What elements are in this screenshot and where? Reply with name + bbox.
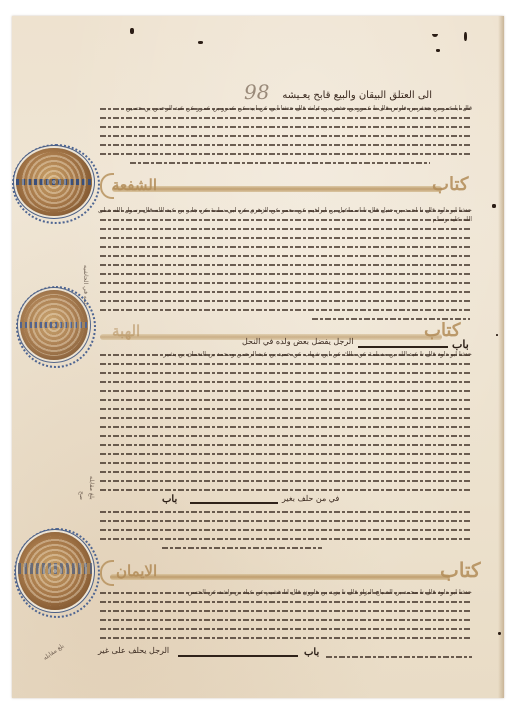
margin-note-2: صح [78, 440, 85, 500]
text-line [100, 628, 472, 630]
text-line [130, 162, 430, 164]
text-line [100, 309, 470, 311]
kitab-label-1: كتاب [432, 174, 468, 195]
margin-note-3: بلغ مقابله [88, 440, 95, 500]
ink-spot [130, 28, 134, 34]
gold-title-band-1 [112, 186, 442, 192]
text-line [100, 126, 470, 128]
text-line [100, 282, 470, 284]
margin-note-1: تتمه في الحاشيه [82, 222, 89, 306]
kitab-label-3: كتاب [440, 558, 480, 582]
gold-title-3: الايمان [116, 562, 157, 580]
ink-spot [498, 632, 501, 635]
mid-bab-label: باب [162, 494, 177, 505]
ink-spot [464, 32, 467, 41]
text-line [100, 511, 472, 513]
bab-rule [178, 655, 298, 657]
text-line [100, 363, 472, 365]
page-edge [498, 16, 504, 698]
gold-title-band-3 [110, 574, 450, 580]
text-line [100, 300, 470, 302]
bab-text-3: الرجل يحلف على غير [98, 646, 169, 655]
text-line [100, 381, 472, 383]
text-line [100, 237, 470, 239]
text-line [100, 529, 472, 531]
text-line [100, 610, 472, 612]
text-line [100, 291, 470, 293]
text-line [100, 354, 472, 356]
text-line [100, 489, 472, 491]
gold-title-2: الهبة [112, 322, 140, 340]
text-line [100, 108, 470, 110]
title-band-cap [100, 560, 114, 586]
text-line [100, 264, 470, 266]
header-line: الى العتلق البيقان والبيع قابح يعـيشه [172, 90, 432, 101]
text-line [100, 135, 470, 137]
ink-spot [492, 204, 496, 208]
ink-spot [496, 334, 498, 336]
diagonal-margin-note: بلغ مقابله [42, 642, 65, 661]
ink-spot [198, 41, 203, 44]
text-line [100, 462, 472, 464]
gold-title-1: الشفعة [112, 176, 157, 194]
text-line [100, 592, 472, 594]
text-line [100, 219, 470, 221]
text-line [100, 480, 472, 482]
text-line [100, 399, 472, 401]
text-line [100, 453, 472, 455]
text-line [100, 117, 470, 119]
text-line [100, 601, 472, 603]
illuminated-medallion-3 [18, 532, 92, 610]
text-line [100, 255, 470, 257]
text-line [100, 520, 472, 522]
text-line [100, 372, 472, 374]
bab-label-3: باب [304, 647, 319, 658]
text-line [100, 471, 472, 473]
ink-spot [436, 49, 440, 52]
text-line [100, 538, 472, 540]
text-line [100, 390, 472, 392]
text-line [100, 228, 470, 230]
bab-text-2: الرجل يفضل بعض ولده في النحل [242, 337, 353, 346]
text-line [100, 619, 472, 621]
mid-bab-text: في من حلف بغير [282, 494, 339, 503]
mid-bab-rule [190, 502, 278, 504]
manuscript-page: 98 الى العتلق البيقان والبيع قابح يعـيشه… [12, 16, 504, 698]
text-line [100, 153, 470, 155]
text-line [100, 417, 472, 419]
text-line [100, 144, 470, 146]
illuminated-medallion-1 [16, 148, 92, 216]
text-line [100, 426, 472, 428]
text-line [100, 444, 472, 446]
text-line [100, 637, 472, 639]
text-line [100, 246, 470, 248]
illuminated-medallion-2 [20, 290, 88, 360]
text-line [100, 210, 470, 212]
text-line [100, 435, 472, 437]
text-line [162, 547, 322, 549]
ink-spot [432, 34, 438, 37]
text-line [326, 656, 472, 658]
text-line [100, 273, 470, 275]
bab-rule [358, 346, 448, 348]
text-line [100, 408, 472, 410]
